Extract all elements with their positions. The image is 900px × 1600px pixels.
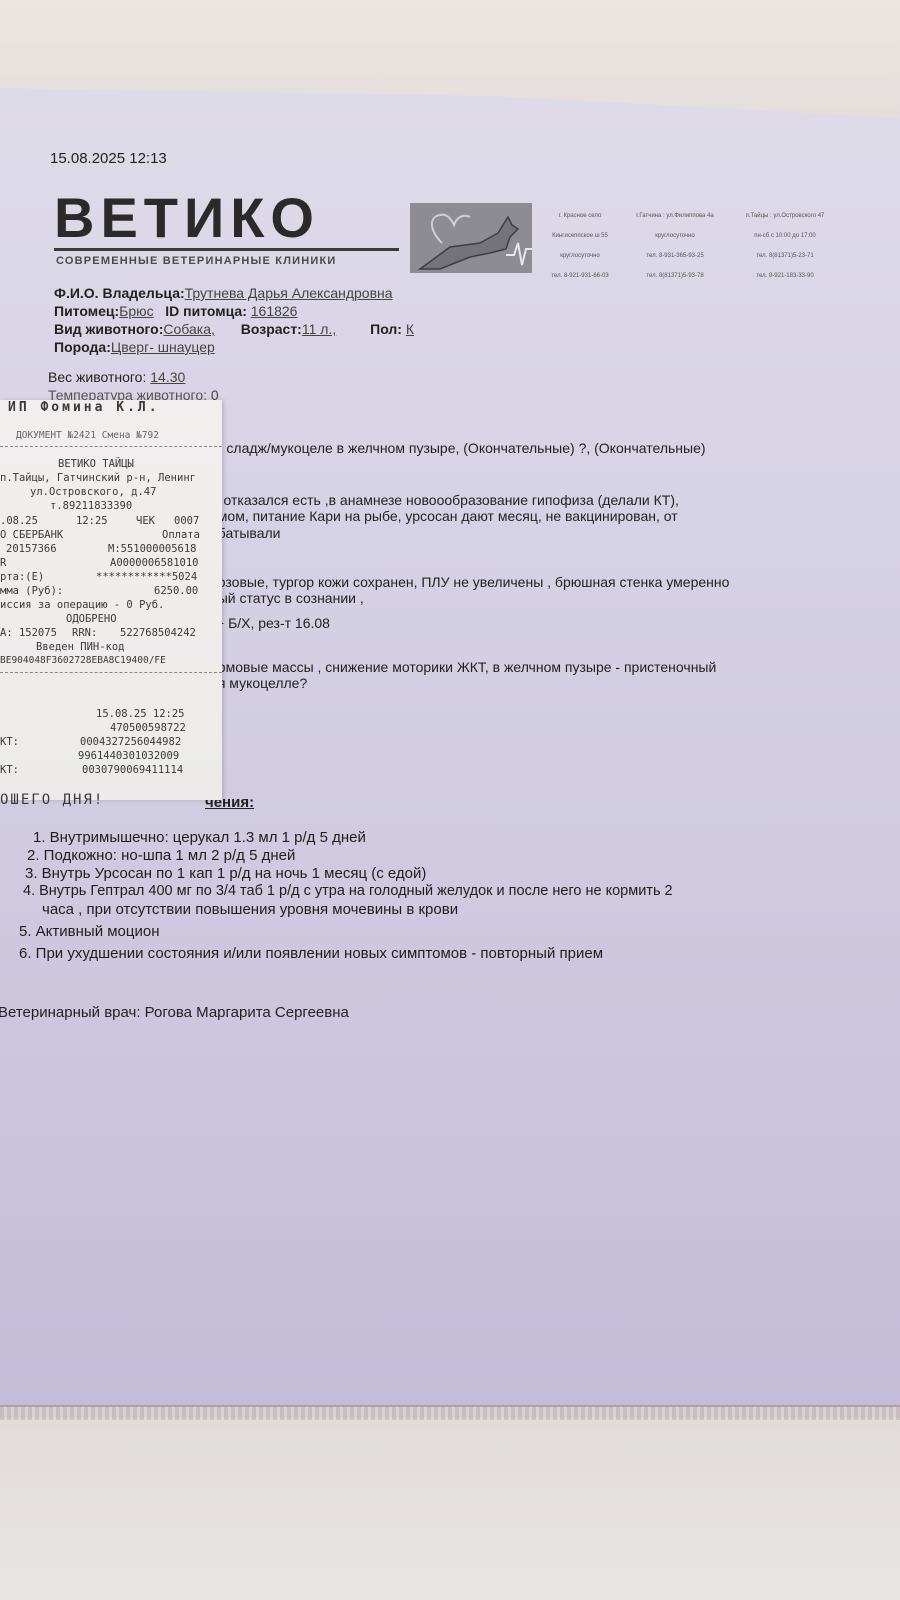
prescription-item: 6. При ухудшении состояния и/или появлен… [19,945,603,962]
exam-line-2: ный статус в сознании , [210,590,364,606]
prescription-item: 2. Подкожно: но-шпа 1 мл 2 р/д 5 дней [27,847,295,864]
ultrasound-line-2: ия мукоцелле? [210,675,307,691]
prescription-item: 1. Внутримышечно: церукал 1.3 мл 1 р/д 5… [33,829,366,846]
doctor-signature: Ветеринарный врач: Рогова Маргарита Серг… [0,1004,349,1021]
print-datetime: 15.08.2025 12:13 [50,150,167,167]
clinic-tagline: СОВРЕМЕННЫЕ ВЕТЕРИНАРНЫЕ КЛИНИКИ [56,255,337,267]
exam-line-1: розовые, тургор кожи сохранен, ПЛУ не ув… [210,574,729,590]
prescription-item: 3. Внутрь Урсосан по 1 кап 1 р/д на ночь… [25,865,426,882]
anamnesis-line-1: м отказался есть ,в анамнезе новоообразо… [210,492,679,508]
tests-line: + Б/Х, рез-т 16.08 [216,615,330,631]
ultrasound-line-1: ормовые массы , снижение моторики ЖКТ, в… [210,659,716,675]
payment-receipt: ИП Фомина К.Л. ДОКУМЕНТ №2421 Смена №792… [0,400,222,800]
diagnosis-line: ые) сладж/мукоцеле в желчном пузыре, (Ок… [200,440,706,456]
species-row: Вид животного:Собака, Возраст:11 л., Пол… [54,321,414,337]
pet-row: Питомец:Брюс ID питомца: 161826 [54,303,297,319]
pet-id: 161826 [251,303,298,319]
clinic-logo: ВЕТИКО [54,190,320,246]
owner-row: Ф.И.О. Владельца:Трутнева Дарья Александ… [54,285,393,301]
owner-name: Трутнева Дарья Александровна [185,285,393,301]
branch-2: г.Гатчина : ул.Филиппова 4а круглосуточн… [620,206,730,286]
receipt-footer: ОШЕГО ДНЯ! [0,792,104,808]
dog-heart-pulse-icon [410,203,532,273]
prescription-item: 4. Внутрь Гептрал 400 мг по 3/4 таб 1 р/… [23,883,673,899]
breed-row: Порода:Цверг- шнауцер [54,339,215,355]
prescription-item: 5. Активный моцион [19,923,160,940]
prescription-item-cont: часа , при отсутствии повышения уровня м… [42,901,458,918]
logo-divider [54,248,399,251]
wall-background-bottom [0,1420,900,1600]
branch-3: п.Тайцы : ул.Островского 47 пн-сб с 10:0… [730,206,840,286]
anamnesis-line-2: рмом, питание Кари на рыбе, урсосан дают… [210,508,678,524]
weight-row: Вес животного: 14.30 [48,369,185,385]
branch-1: г. Красное село Кингисеппское ш 55 кругл… [535,206,625,286]
receipt-total: 6250.00 [154,585,198,597]
